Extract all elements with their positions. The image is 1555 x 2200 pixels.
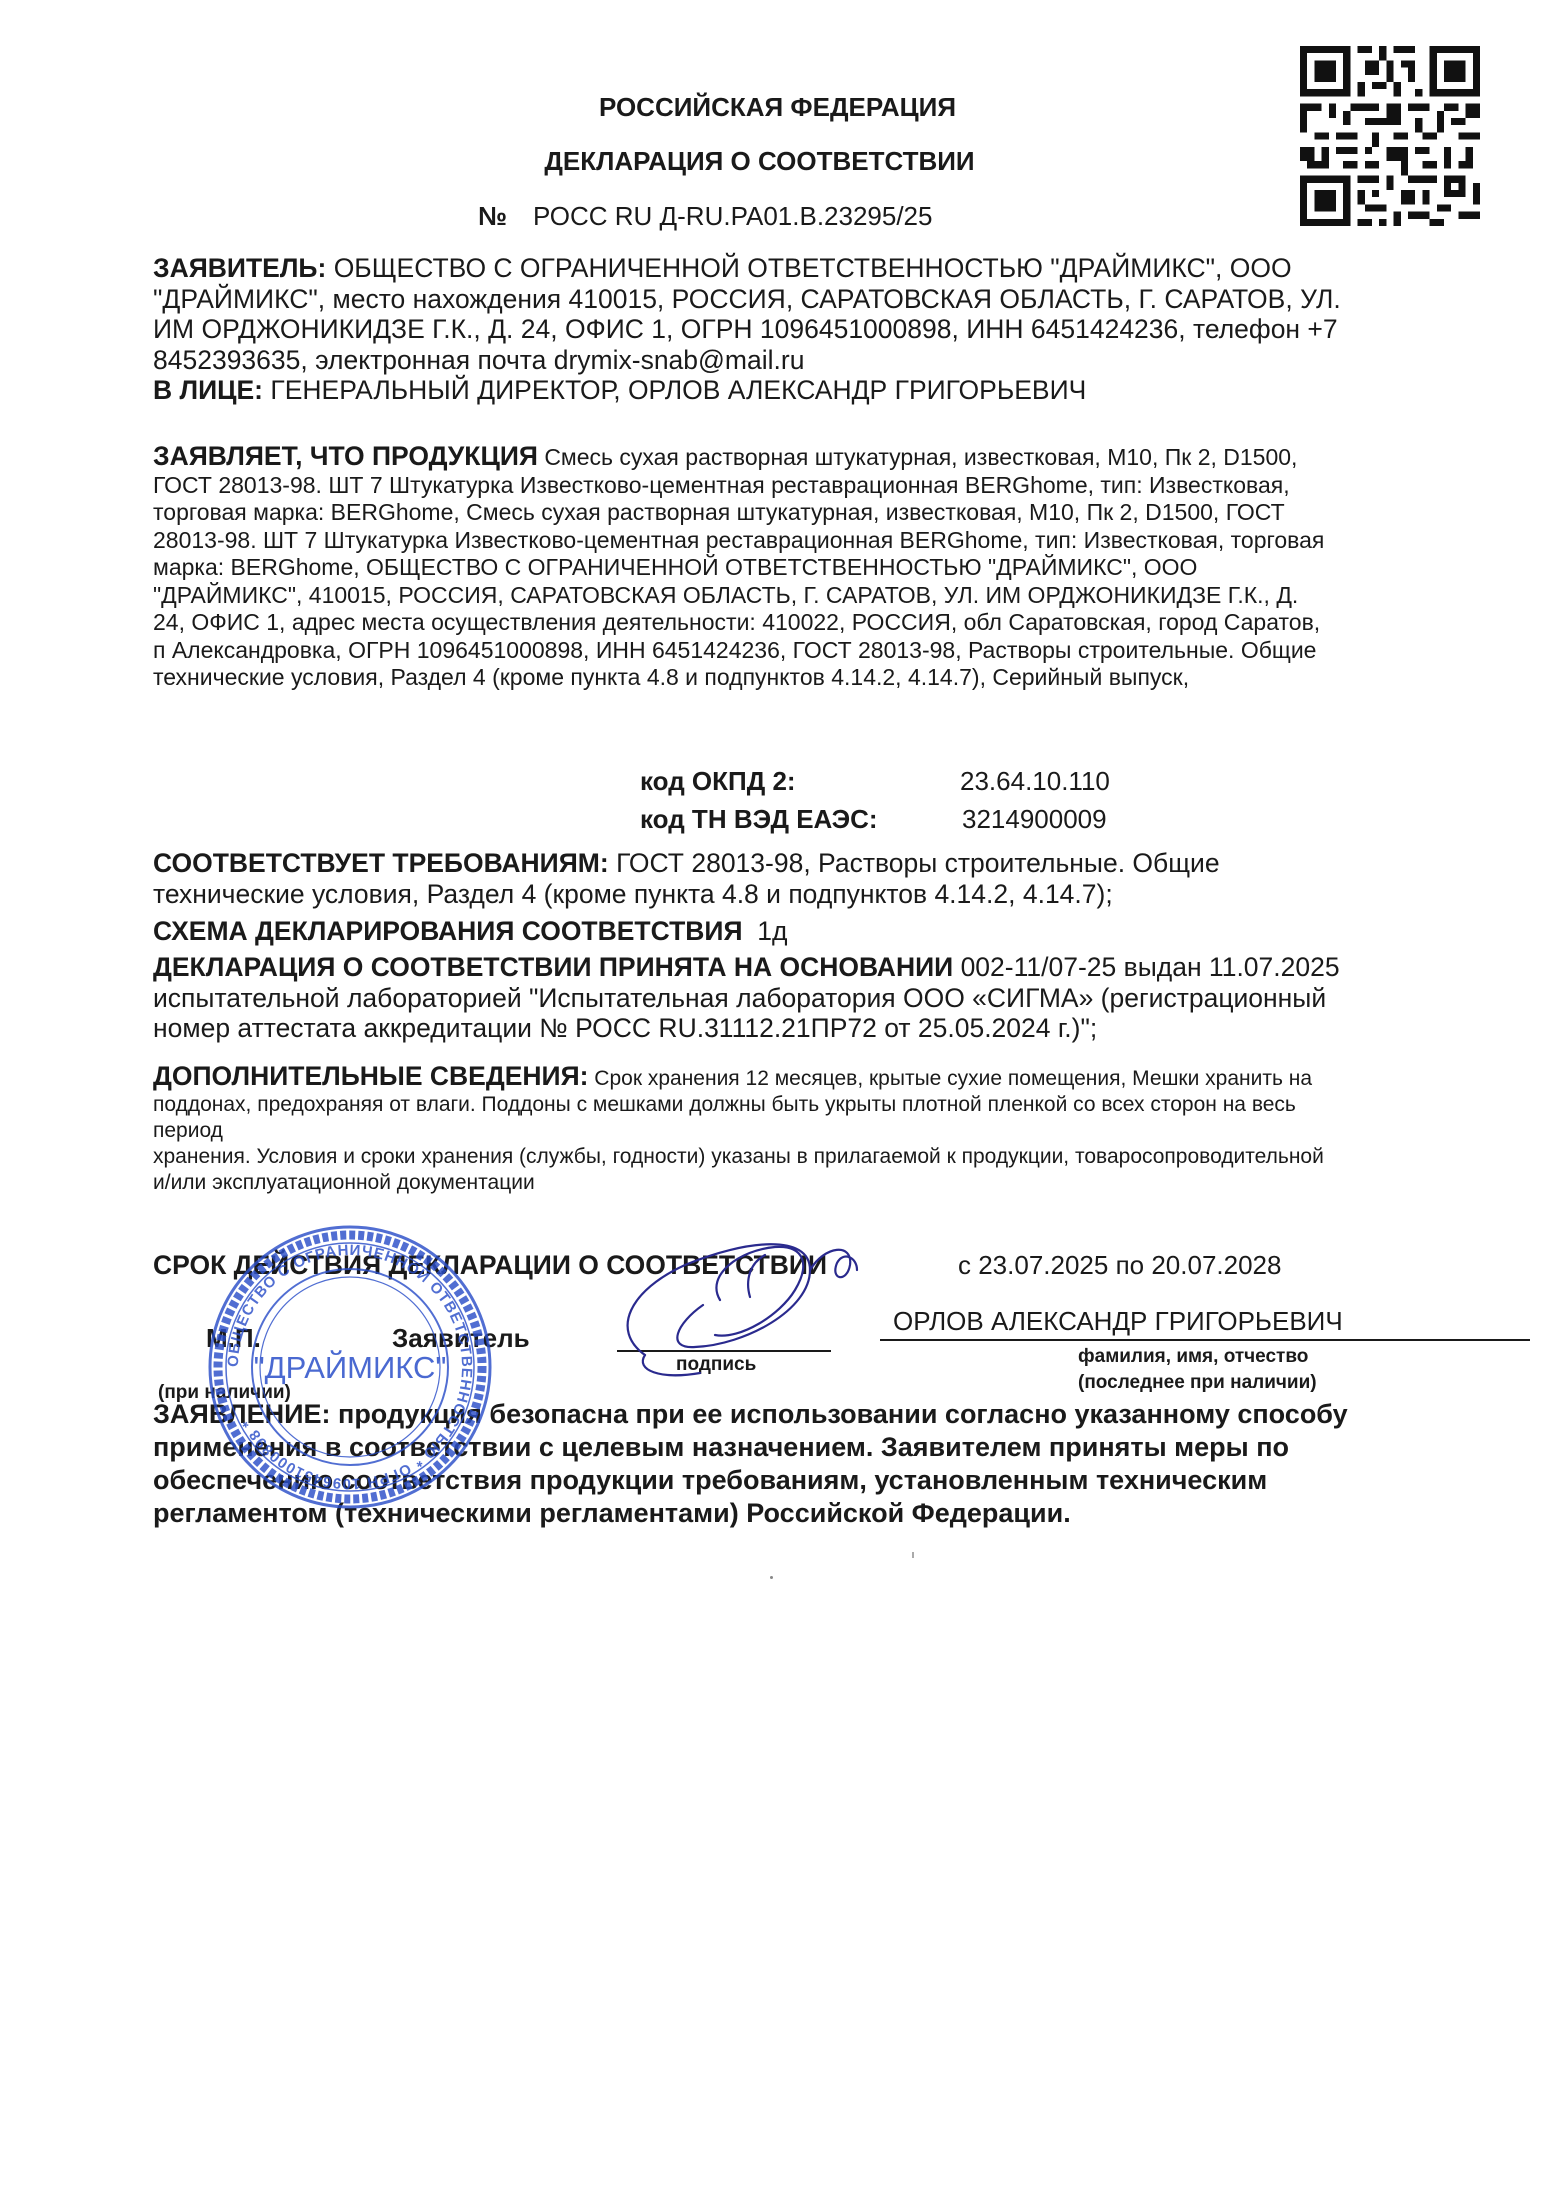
handwritten-signature xyxy=(605,1235,935,1385)
company-seal-stamp: ОБЩЕСТВО С ОГРАНИЧЕННОЙ ОТВЕТСТВЕННОСТЬЮ… xyxy=(205,1222,495,1512)
name-line xyxy=(880,1339,1530,1341)
applicant-line-2: "ДРАЙМИКС", место нахождения 410015, РОС… xyxy=(153,284,1523,315)
applicant-line-1: ЗАЯВИТЕЛЬ: ОБЩЕСТВО С ОГРАНИЧЕННОЙ ОТВЕТ… xyxy=(153,253,1523,284)
applicant-section: ЗАЯВИТЕЛЬ: ОБЩЕСТВО С ОГРАНИЧЕННОЙ ОТВЕТ… xyxy=(153,253,1523,406)
scheme-value: 1д xyxy=(757,916,787,946)
okpd-label: код ОКПД 2: xyxy=(640,766,796,797)
number-sign: № xyxy=(478,201,507,231)
tnved-value: 3214900009 xyxy=(962,804,1107,835)
additional-section: ДОПОЛНИТЕЛЬНЫЕ СВЕДЕНИЯ: Срок хранения 1… xyxy=(153,1063,1523,1196)
declaration-number: №РОСС RU Д-RU.PA01.B.23295/25 xyxy=(478,201,932,232)
scan-speck xyxy=(912,1552,914,1558)
basis-section: ДЕКЛАРАЦИЯ О СООТВЕТСТВИИ ПРИНЯТА НА ОСН… xyxy=(153,952,1523,1044)
represented-label: В ЛИЦЕ: xyxy=(153,375,263,405)
scheme-section: СХЕМА ДЕКЛАРИРОВАНИЯ СООТВЕТСТВИЯ 1д xyxy=(153,916,1523,947)
product-line-1: ЗАЯВЛЯЕТ, ЧТО ПРОДУКЦИЯ Смесь сухая раст… xyxy=(153,443,1523,472)
declaration-number-value: РОСС RU Д-RU.PA01.B.23295/25 xyxy=(533,201,933,231)
product-line-8: п Александровка, ОГРН 1096451000898, ИНН… xyxy=(153,637,1523,665)
requirements-label: СООТВЕТСТВУЕТ ТРЕБОВАНИЯМ: xyxy=(153,848,609,878)
represented-value: ГЕНЕРАЛЬНЫЙ ДИРЕКТОР, ОРЛОВ АЛЕКСАНДР ГР… xyxy=(270,375,1086,405)
okpd-value: 23.64.10.110 xyxy=(960,766,1110,797)
product-line-6: "ДРАЙМИКС", 410015, РОССИЯ, САРАТОВСКАЯ … xyxy=(153,582,1523,610)
applicant-line-3: ИМ ОРДЖОНИКИДЗЕ Г.К., Д. 24, ОФИС 1, ОГР… xyxy=(153,314,1523,345)
represented-by: В ЛИЦЕ: ГЕНЕРАЛЬНЫЙ ДИРЕКТОР, ОРЛОВ АЛЕК… xyxy=(153,375,1523,406)
product-section: ЗАЯВЛЯЕТ, ЧТО ПРОДУКЦИЯ Смесь сухая раст… xyxy=(153,443,1523,692)
scheme-label: СХЕМА ДЕКЛАРИРОВАНИЯ СООТВЕТСТВИЯ xyxy=(153,916,743,946)
product-codes: код ОКПД 2: 23.64.10.110 код ТН ВЭД ЕАЭС… xyxy=(0,766,1555,846)
name-caption: фамилия, имя, отчество xyxy=(1078,1346,1308,1368)
validity-value: с 23.07.2025 по 20.07.2028 xyxy=(958,1250,1281,1281)
product-line-2: ГОСТ 28013-98. ШТ 7 Штукатурка Известков… xyxy=(153,472,1523,500)
product-line-5: марка: BERGhome, ОБЩЕСТВО С ОГРАНИЧЕННОЙ… xyxy=(153,554,1523,582)
product-line-4: 28013-98. ШТ 7 Штукатурка Известково-цем… xyxy=(153,527,1523,555)
product-label: ЗАЯВЛЯЕТ, ЧТО ПРОДУКЦИЯ xyxy=(153,441,538,471)
signer-name: ОРЛОВ АЛЕКСАНДР ГРИГОРЬЕВИЧ xyxy=(893,1306,1343,1337)
product-line-3: торговая марка: BERGhome, Смесь сухая ра… xyxy=(153,499,1523,527)
basis-label: ДЕКЛАРАЦИЯ О СООТВЕТСТВИИ ПРИНЯТА НА ОСН… xyxy=(153,952,953,982)
applicant-label: ЗАЯВИТЕЛЬ: xyxy=(153,253,326,283)
stamp-center-text: "ДРАЙМИКС" xyxy=(254,1349,447,1385)
applicant-line-4: 8452393635, электронная почта drymix-sna… xyxy=(153,345,1523,376)
name-caption-note: (последнее при наличии) xyxy=(1078,1372,1317,1394)
scan-speck xyxy=(770,1576,773,1579)
product-line-7: 24, ОФИС 1, адрес места осуществления де… xyxy=(153,609,1523,637)
tnved-label: код ТН ВЭД ЕАЭС: xyxy=(640,804,878,835)
requirements-section: СООТВЕТСТВУЕТ ТРЕБОВАНИЯМ: ГОСТ 28013-98… xyxy=(153,848,1523,909)
product-line-9: технические условия, Раздел 4 (кроме пун… xyxy=(153,664,1523,692)
additional-label: ДОПОЛНИТЕЛЬНЫЕ СВЕДЕНИЯ: xyxy=(153,1061,588,1091)
qr-code-icon xyxy=(1300,44,1480,228)
